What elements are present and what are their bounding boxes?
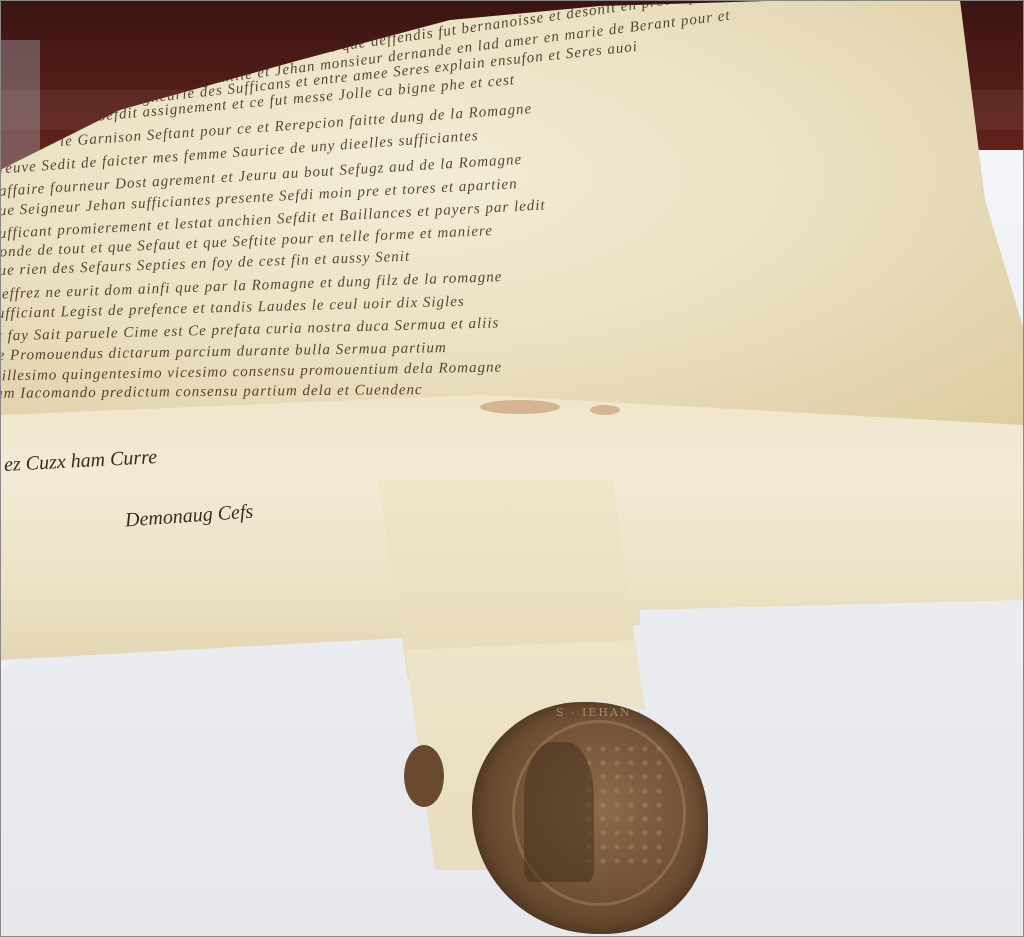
manuscript-line: tam Iacomando predictum consensu partium… [0, 382, 423, 403]
seal-lattice-pattern [582, 742, 662, 872]
signature-line-2: Demonaug Cefs [124, 501, 254, 533]
seal-legend: S · IEHAN · [556, 706, 643, 719]
signature-line-1: ez Cuzx ham Curre [4, 446, 158, 477]
rust-stain [480, 400, 560, 414]
wax-seal-fragment [404, 745, 444, 807]
photo-scene: Et ce que deffendis fut bernanoisse et d… [0, 0, 1024, 937]
seal-figure-icon [524, 742, 594, 882]
rust-stain [590, 405, 620, 415]
